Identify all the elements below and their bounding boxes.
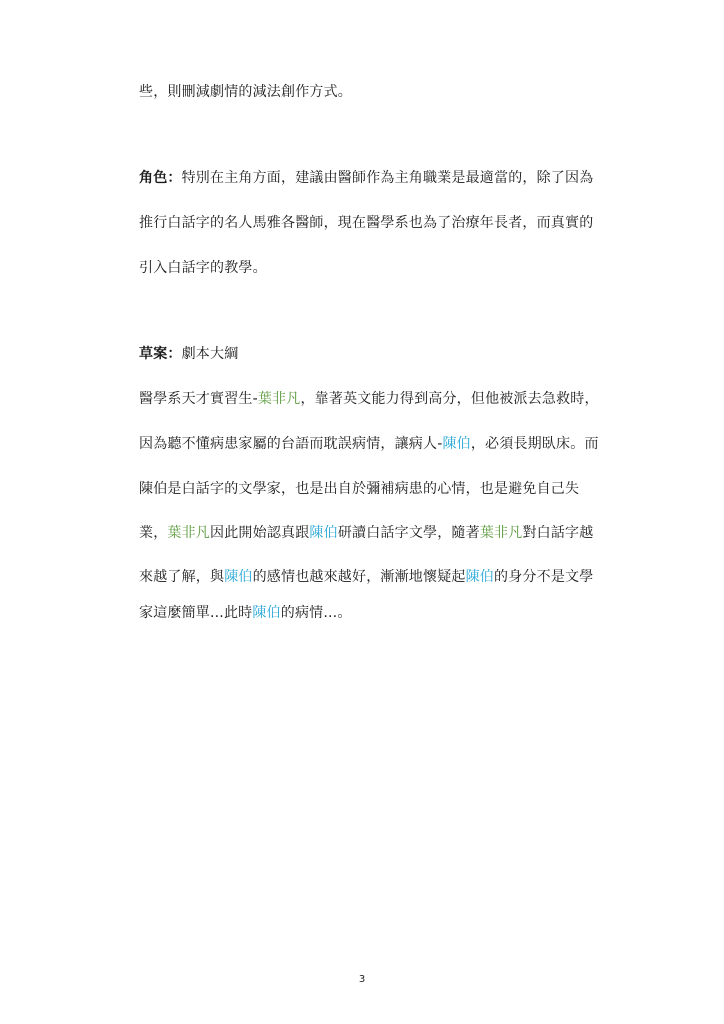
text-span: 業， xyxy=(139,525,167,541)
role-paragraph-line-2: 推行白話字的名人馬雅各醫師，現在醫學系也為了治療年長者，而真實的 xyxy=(139,213,593,233)
draft-heading-line: 草案：劇本大綱 xyxy=(139,344,238,364)
character-name-chen-bo: 陳伯 xyxy=(252,605,280,621)
text-span: 推行白話字的名人馬雅各醫師，現在醫學系也為了治療年長者，而真實的 xyxy=(139,215,593,231)
draft-heading: 草案： xyxy=(139,346,182,362)
draft-paragraph-line-1: 醫學系天才實習生-葉非凡，靠著英文能力得到高分，但他被派去急救時， xyxy=(139,389,599,409)
draft-paragraph-line-2: 因為聽不懂病患家屬的台語而耽誤病情，讓病人-陳伯，必須長期臥床。而 xyxy=(139,434,599,454)
text-span: 引入白話字的教學。 xyxy=(139,260,267,276)
text-span: 的病情...。 xyxy=(281,605,352,621)
draft-paragraph-line-4: 業，葉非凡因此開始認真跟陳伯研讀白話字文學，隨著葉非凡對白話字越 xyxy=(139,523,593,543)
text-span: 的感情也越來越好，漸漸地懷疑起 xyxy=(253,569,466,585)
draft-paragraph-line-6: 家這麼簡單...此時陳伯的病情...。 xyxy=(139,603,352,623)
character-name-chen-bo: 陳伯 xyxy=(224,569,252,585)
text-span: 特別在主角方面，建議由醫師作為主角職業是最適當的，除了因為 xyxy=(182,170,594,186)
text-span: 對白話字越 xyxy=(522,525,593,541)
text-span: 些，則刪減劇情的減法創作方式。 xyxy=(139,84,352,100)
intro-paragraph-line: 些，則刪減劇情的減法創作方式。 xyxy=(139,82,352,102)
text-span: 因為聽不懂病患家屬的台語而耽誤病情，讓病人- xyxy=(139,436,442,452)
document-page: 些，則刪減劇情的減法創作方式。 角色：特別在主角方面，建議由醫師作為主角職業是最… xyxy=(0,0,724,1024)
text-span: 醫學系天才實習生- xyxy=(139,391,258,407)
character-name-chen-bo: 陳伯 xyxy=(309,525,337,541)
text-span: 家這麼簡單...此時 xyxy=(139,605,252,621)
draft-paragraph-line-3: 陳伯是白話字的文學家，也是出自於彌補病患的心情，也是避免自己失 xyxy=(139,479,579,499)
text-span: 來越了解，與 xyxy=(139,569,224,585)
text-span: 陳伯是白話字的文學家，也是出自於彌補病患的心情，也是避免自己失 xyxy=(139,481,579,497)
character-name-ye-feifan: 葉非凡 xyxy=(480,525,523,541)
draft-paragraph-line-5: 來越了解，與陳伯的感情也越來越好，漸漸地懷疑起陳伯的身分不是文學 xyxy=(139,567,593,587)
draft-subtitle: 劇本大綱 xyxy=(182,346,239,362)
page-number: 3 xyxy=(0,974,724,985)
character-name-chen-bo: 陳伯 xyxy=(442,436,470,452)
role-heading: 角色： xyxy=(139,170,182,186)
text-span: ，靠著英文能力得到高分，但他被派去急救時， xyxy=(300,391,598,407)
text-span: ，必須長期臥床。而 xyxy=(471,436,599,452)
character-name-ye-feifan: 葉非凡 xyxy=(167,525,210,541)
character-name-chen-bo: 陳伯 xyxy=(466,569,494,585)
role-paragraph-line-1: 角色：特別在主角方面，建議由醫師作為主角職業是最適當的，除了因為 xyxy=(139,168,593,188)
role-paragraph-line-3: 引入白話字的教學。 xyxy=(139,258,267,278)
text-span: 的身分不是文學 xyxy=(494,569,593,585)
text-span: 因此開始認真跟 xyxy=(210,525,309,541)
text-span: 研讀白話字文學，隨著 xyxy=(338,525,480,541)
character-name-ye-feifan: 葉非凡 xyxy=(258,391,301,407)
